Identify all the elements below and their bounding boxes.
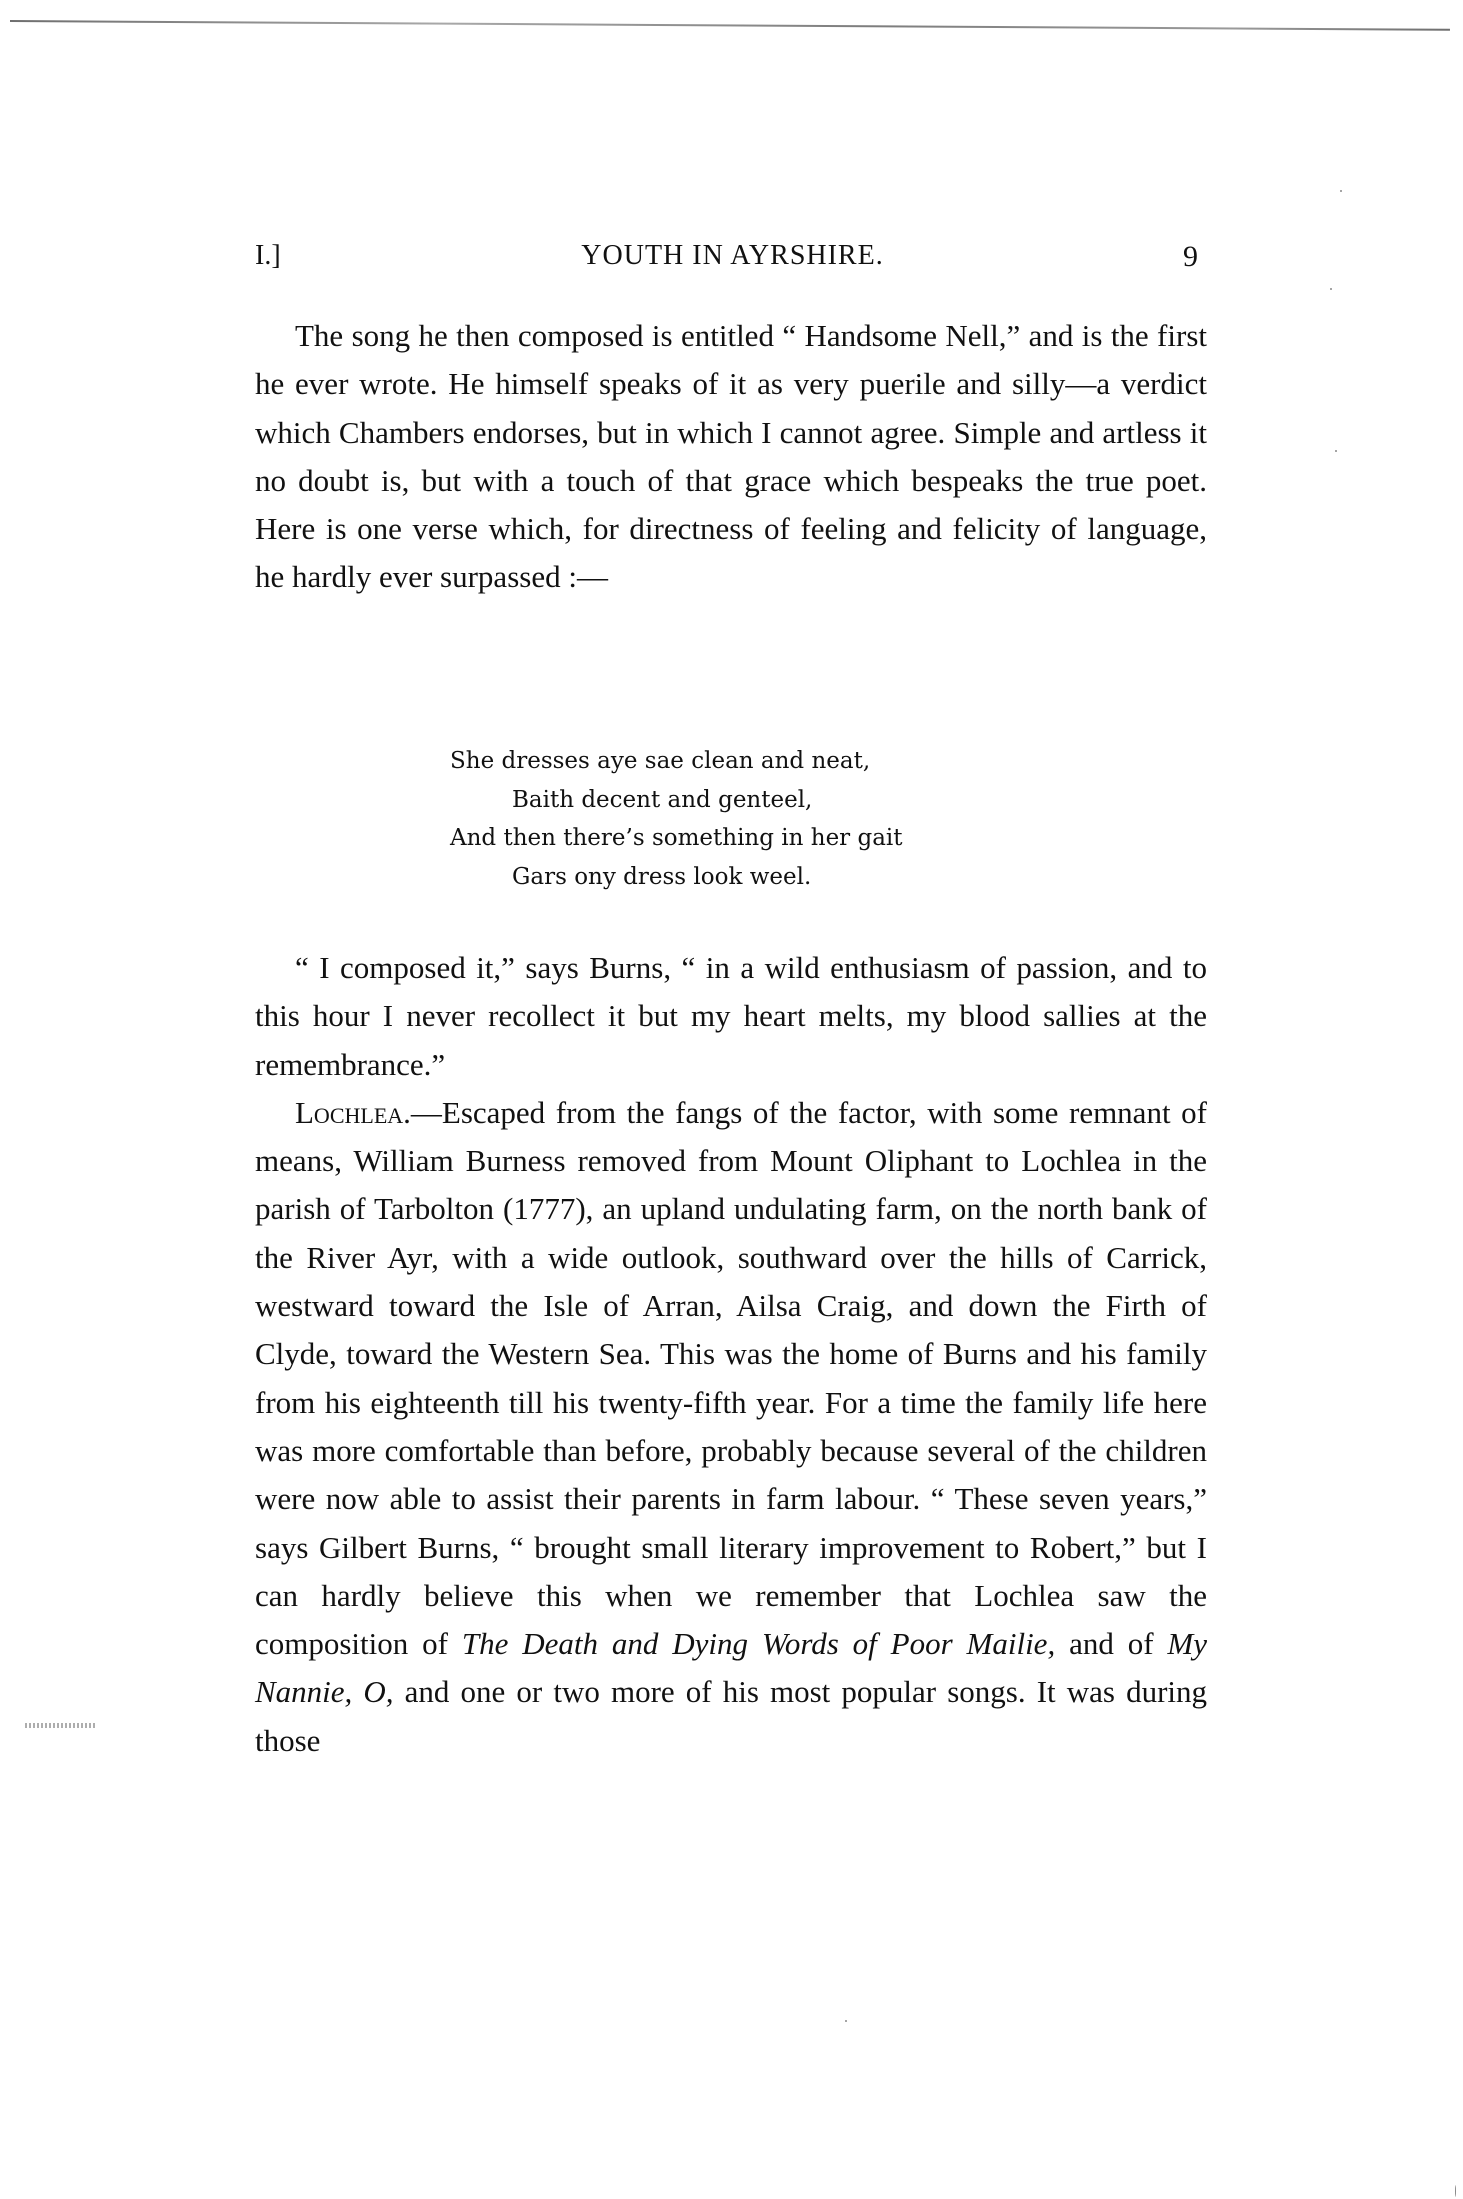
scan-speck [1455, 2185, 1456, 2197]
running-title: YOUTH IN AYRSHIRE. [255, 240, 1210, 272]
verse-block: She dresses aye sae clean and neat, Bait… [450, 742, 903, 897]
body-continuation: “ I composed it,” says Burns, “ in a wil… [255, 944, 1207, 1765]
paragraph-burns-quote: “ I composed it,” says Burns, “ in a wil… [255, 944, 1207, 1089]
section-lead-in: Lochlea. [295, 1095, 411, 1130]
verse-line: Gars ony dress look weel. [450, 858, 903, 897]
work-title: The Death and Dying Words of Poor Mailie… [462, 1626, 1055, 1661]
scan-smudge [25, 1723, 95, 1728]
scan-speck [845, 2020, 847, 2022]
paragraph-text: The song he then composed is entitled “ … [255, 312, 1207, 602]
verse-line: She dresses aye sae clean and neat, [450, 742, 903, 781]
page-number: 9 [1183, 240, 1198, 274]
paragraph-text: —Escaped from the fangs of the factor, w… [255, 1095, 1207, 1661]
paragraph-handsome-nell: The song he then composed is entitled “ … [255, 312, 1207, 602]
running-header: I.] YOUTH IN AYRSHIRE. 9 [255, 240, 1210, 280]
scan-top-edge-line [10, 20, 1450, 31]
verse-line: Baith decent and genteel, [450, 781, 903, 820]
scan-speck [1335, 450, 1337, 452]
verse-line: And then there’s something in her gait [450, 819, 903, 858]
paragraph-lochlea: Lochlea.—Escaped from the fangs of the f… [255, 1089, 1207, 1765]
scan-speck [1340, 190, 1342, 192]
paragraph-text: and one or two more of his most popular … [255, 1674, 1207, 1757]
paragraph-text: and of [1055, 1626, 1167, 1661]
scan-speck [1330, 288, 1332, 290]
